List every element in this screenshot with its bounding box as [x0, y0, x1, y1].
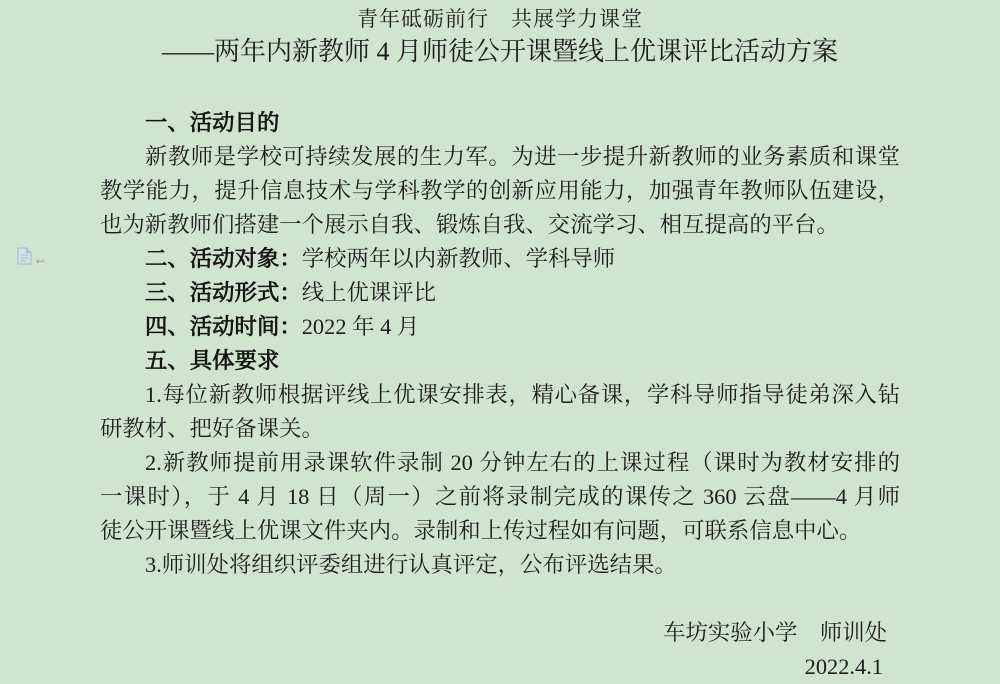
item-value: 2022 年 4 月	[302, 314, 420, 339]
item-value: 学校两年以内新教师、学科导师	[302, 246, 615, 271]
document-body: 一、活动目的 新教师是学校可持续发展的生力军。为进一步提升新教师的业务素质和课堂…	[100, 106, 900, 684]
item-value: 线上优课评比	[302, 280, 436, 305]
line-text: 3.师训处将组织评委组进行认真评定，公布评选结果。	[145, 552, 677, 577]
para-purpose-line-2: 教学能力，提升信息技术与学科教学的创新应用能力，加强青年教师队伍建设，	[100, 174, 900, 208]
line-text: 一课时），于 4 月 18 日（周一）之前将录制完成的课传之 360 云盘——4…	[100, 484, 900, 509]
line-text: 教学能力，提升信息技术与学科教学的创新应用能力，加强青年教师队伍建设，	[100, 178, 900, 203]
requirement-2-line-2: 一课时），于 4 月 18 日（周一）之前将录制完成的课传之 360 云盘——4…	[100, 480, 900, 514]
item-activity-format: 三、活动形式：线上优课评比	[100, 276, 900, 310]
document-subtitle: ——两年内新教师 4 月师徒公开课暨线上优课评比活动方案	[0, 34, 1000, 70]
line-text: 也为新教师们搭建一个展示自我、锻炼自我、交流学习、相互提高的平台。	[100, 212, 839, 237]
para-purpose-line-3: 也为新教师们搭建一个展示自我、锻炼自我、交流学习、相互提高的平台。	[100, 208, 900, 242]
title-block: 青年砥砺前行 共展学力课堂 ——两年内新教师 4 月师徒公开课暨线上优课评比活动…	[0, 4, 1000, 70]
small-return-arrow-icon	[35, 252, 44, 259]
line-text: 1.每位新教师根据评线上优课安排表，精心备课，学科导师指导徒弟深入钻	[145, 382, 900, 407]
item-label: 三、活动形式：	[145, 280, 302, 305]
para-purpose-line-1: 新教师是学校可持续发展的生力军。为进一步提升新教师的业务素质和课堂	[100, 140, 900, 174]
line-text: 新教师是学校可持续发展的生力军。为进一步提升新教师的业务素质和课堂	[145, 144, 900, 169]
document-page-icon[interactable]	[17, 247, 32, 265]
item-label: 四、活动时间：	[145, 314, 302, 339]
heading-activity-purpose: 一、活动目的	[100, 106, 900, 140]
item-activity-time: 四、活动时间：2022 年 4 月	[100, 310, 900, 344]
requirement-3: 3.师训处将组织评委组进行认真评定，公布评选结果。	[100, 548, 900, 582]
heading-label: 一、活动目的	[145, 110, 279, 135]
heading-label: 五、具体要求	[145, 348, 279, 373]
requirement-1-line-2: 研教材、把好备课关。	[100, 412, 900, 446]
blank-line	[100, 582, 900, 616]
document-title: 青年砥砺前行 共展学力课堂	[0, 4, 1000, 34]
date: 2022.4.1	[100, 650, 900, 684]
item-activity-target: 二、活动对象：学校两年以内新教师、学科导师	[100, 242, 900, 276]
requirement-2-line-1: 2.新教师提前用录课软件录制 20 分钟左右的上课过程（课时为教材安排的	[100, 446, 900, 480]
requirement-2-line-3: 徒公开课暨线上优课文件夹内。录制和上传过程如有问题，可联系信息中心。	[100, 514, 900, 548]
document-page: { "page": { "background_color": "#d0e5cd…	[0, 0, 1000, 684]
signature: 车坊实验小学 师训处	[100, 616, 900, 650]
requirement-1-line-1: 1.每位新教师根据评线上优课安排表，精心备课，学科导师指导徒弟深入钻	[100, 378, 900, 412]
line-text: 2.新教师提前用录课软件录制 20 分钟左右的上课过程（课时为教材安排的	[145, 450, 900, 475]
heading-requirements: 五、具体要求	[100, 344, 900, 378]
line-text: 研教材、把好备课关。	[100, 416, 324, 441]
item-label: 二、活动对象：	[145, 246, 302, 271]
line-text: 徒公开课暨线上优课文件夹内。录制和上传过程如有问题，可联系信息中心。	[100, 518, 861, 543]
